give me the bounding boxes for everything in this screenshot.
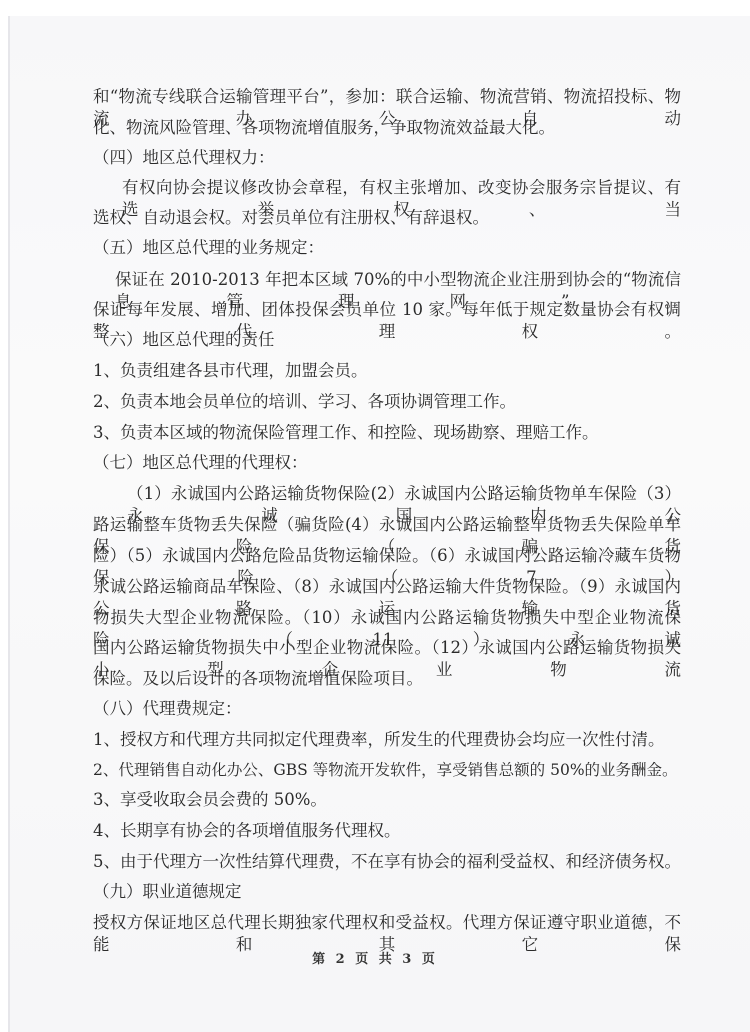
body-line: 选权、自动退会权。对会员单位有注册权、有辞退权。 bbox=[93, 207, 681, 229]
section-heading-8: （八）代理费规定： bbox=[93, 698, 681, 720]
body-line: 险）（5）永诚国内公路危险品货物运输保险。（6）永诚国内公路运输冷藏车货物保险（… bbox=[93, 545, 681, 567]
body-line: 有权向协会提议修改协会章程，有权主张增加、改变协会服务宗旨提议、有选举权、当 bbox=[122, 177, 681, 199]
list-item: 1、授权方和代理方共同拟定代理费率，所发生的代理费协会均应一次性付清。 bbox=[93, 729, 681, 751]
list-item: 4、长期享有协会的各项增值服务代理权。 bbox=[93, 820, 681, 842]
body-line: 保险。及以后设计的各项物流增值保险项目。 bbox=[93, 668, 681, 690]
list-item: 1、负责组建各县市代理，加盟会员。 bbox=[93, 360, 681, 382]
body-line: 国内公路运输货物损失中小型企业物流保险。（12）永诚国内公路运输货物损失小型企业… bbox=[93, 637, 681, 659]
body-line: 授权方保证地区总代理长期独家代理权和受益权。代理方保证遵守职业道德，不能和其它保 bbox=[93, 912, 681, 934]
body-line: 物损失大型企业物流保险。（10）永诚国内公路运输货物损失中型企业物流保险。（11… bbox=[93, 607, 681, 629]
section-heading-6: （六）地区总代理的责任 bbox=[93, 329, 681, 351]
section-heading-9: （九）职业道德规定 bbox=[93, 881, 681, 903]
body-line: 和“物流专线联合运输管理平台”，参加：联合运输、物流营销、物流招投标、物流办公自… bbox=[93, 86, 681, 108]
list-item: 2、代理销售自动化办公、GBS 等物流开发软件，享受销售总额的 50%的业务酬金… bbox=[93, 759, 681, 781]
body-line: 保证每年发展、增加、团体投保会员单位 10 家。每年低于规定数量协会有权调整代理… bbox=[93, 299, 681, 321]
section-heading-7: （七）地区总代理的代理权： bbox=[93, 452, 681, 474]
body-line: 永诚公路运输商品车保险、（8）永诚国内公路运输大件货物保险。（9）永诚国内公路运… bbox=[93, 576, 681, 598]
page-number: 第 2 页 共 3 页 bbox=[0, 948, 750, 967]
section-heading-5: （五）地区总代理的业务规定： bbox=[93, 237, 681, 259]
list-item: 3、享受收取会员会费的 50%。 bbox=[93, 789, 681, 811]
section-heading-4: （四）地区总代理权力： bbox=[93, 147, 681, 169]
body-line: 化、物流风险管理、各项物流增值服务，争取物流效益最大化。 bbox=[93, 117, 681, 139]
list-item: 5、由于代理方一次性结算代理费，不在享有协会的福利受益权、和经济债务权。 bbox=[93, 851, 681, 873]
body-line: （1）永诚国内公路运输货物保险(2）永诚国内公路运输货物单车保险（3）永诚国内公 bbox=[127, 483, 681, 505]
body-line: 路运输整车货物丢失保险（骗货险(4）永诚国内公路运输整车货物丢失保险单车保险（骗… bbox=[93, 514, 681, 536]
list-item: 2、负责本地会员单位的培训、学习、各项协调管理工作。 bbox=[93, 391, 681, 413]
list-item: 3、负责本区域的物流保险管理工作、和控险、现场勘察、理赔工作。 bbox=[93, 422, 681, 444]
body-line: 保证在 2010-2013 年把本区域 70%的中小型物流企业注册到协会的“物流… bbox=[115, 269, 681, 291]
